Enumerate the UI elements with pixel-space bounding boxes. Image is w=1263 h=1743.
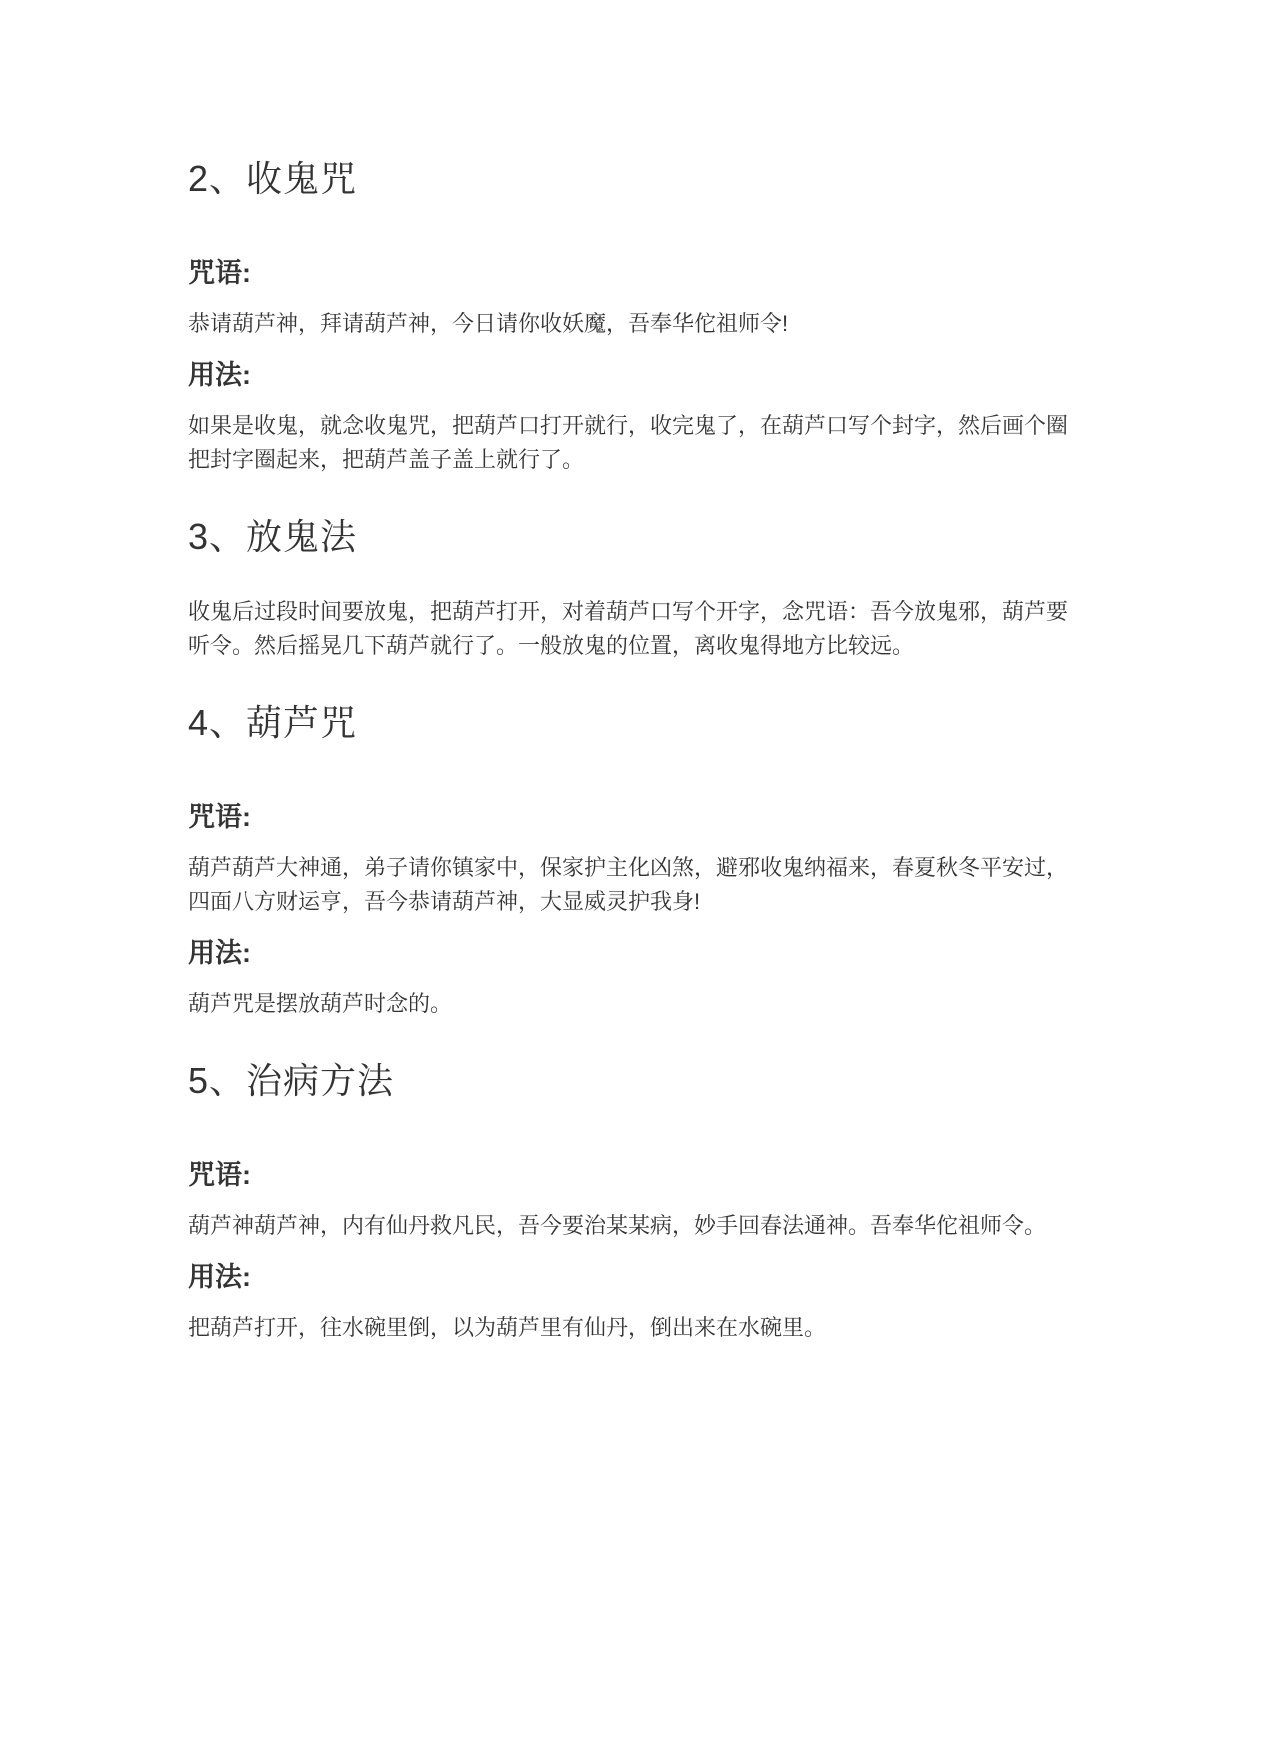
paragraph: 葫芦神葫芦神，内有仙丹救凡民，吾今要治某某病，妙手回春法通神。吾奉华佗祖师令。 [188, 1209, 1088, 1243]
subheading: 用法: [188, 938, 1088, 969]
paragraph: 把葫芦打开，往水碗里倒，以为葫芦里有仙丹，倒出来在水碗里。 [188, 1311, 1088, 1345]
paragraph: 收鬼后过段时间要放鬼，把葫芦打开，对着葫芦口写个开字，念咒语：吾今放鬼邪，葫芦要… [188, 595, 1088, 663]
paragraph: 如果是收鬼，就念收鬼咒，把葫芦口打开就行，收完鬼了，在葫芦口写个封字，然后画个圈… [188, 409, 1088, 477]
subheading: 咒语: [188, 258, 1088, 289]
document-section: 4、葫芦咒咒语:葫芦葫芦大神通，弟子请你镇家中，保家护主化凶煞，避邪收鬼纳福来，… [188, 675, 1088, 1033]
section-heading: 4、葫芦咒 [188, 701, 1088, 744]
section-heading: 3、放鬼法 [188, 515, 1088, 558]
section-heading: 5、治病方法 [188, 1059, 1088, 1102]
section-heading: 2、收鬼咒 [188, 157, 1088, 200]
paragraph: 恭请葫芦神，拜请葫芦神，今日请你收妖魔，吾奉华佗祖师令! [188, 307, 1088, 341]
subheading: 咒语: [188, 1160, 1088, 1191]
document-section: 3、放鬼法收鬼后过段时间要放鬼，把葫芦打开，对着葫芦口写个开字，念咒语：吾今放鬼… [188, 489, 1088, 675]
subheading: 用法: [188, 360, 1088, 391]
document-section: 5、治病方法咒语:葫芦神葫芦神，内有仙丹救凡民，吾今要治某某病，妙手回春法通神。… [188, 1033, 1088, 1357]
paragraph: 葫芦咒是摆放葫芦时念的。 [188, 987, 1088, 1021]
document-content: 2、收鬼咒咒语:恭请葫芦神，拜请葫芦神，今日请你收妖魔，吾奉华佗祖师令!用法:如… [0, 0, 1088, 1417]
subheading: 用法: [188, 1262, 1088, 1293]
document-section: 2、收鬼咒咒语:恭请葫芦神，拜请葫芦神，今日请你收妖魔，吾奉华佗祖师令!用法:如… [188, 131, 1088, 489]
paragraph: 葫芦葫芦大神通，弟子请你镇家中，保家护主化凶煞，避邪收鬼纳福来，春夏秋冬平安过，… [188, 851, 1088, 919]
subheading: 咒语: [188, 802, 1088, 833]
